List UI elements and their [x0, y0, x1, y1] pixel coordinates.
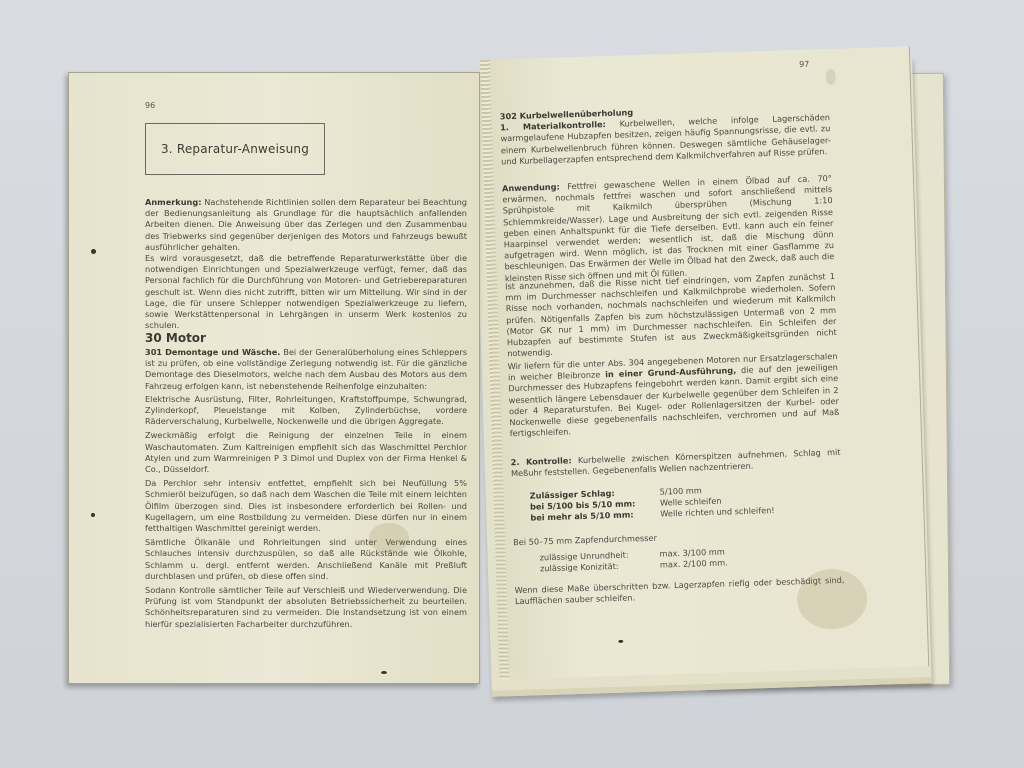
note-label: Anmerkung: — [145, 197, 202, 207]
disassembly-paragraph: 301 Demontage und Wäsche. Bei der Genera… — [145, 347, 467, 392]
motor-section: 30 Motor 301 Demontage und Wäsche. Bei d… — [145, 331, 467, 630]
stain — [796, 568, 868, 630]
page-number-left: 96 — [145, 101, 155, 110]
cracks-paragraph: Ist anzunehmen, daß die Risse nicht tief… — [505, 271, 837, 360]
disassembly-order: Elektrische Ausrüstung, Filter, Rohrleit… — [145, 394, 467, 428]
section-heading-motor: 30 Motor — [145, 331, 467, 345]
control-label: 2. Kontrolle: — [510, 455, 571, 467]
perchlor-paragraph: Da Perchlor sehr intensiv entfettet, emp… — [145, 478, 467, 534]
page-number-right: 97 — [799, 60, 809, 69]
section-title-box: 3. Reparatur-Anweisung — [145, 123, 325, 175]
runout-table: Zulässiger Schlag: 5/100 mm bei 5/100 bi… — [530, 480, 861, 523]
stain — [369, 523, 409, 553]
application-label: Anwendung: — [502, 182, 560, 194]
runout-value: Welle richten und schleifen! — [660, 505, 775, 520]
spot — [91, 513, 95, 517]
spot — [381, 671, 387, 674]
right-page: 97 302 Kurbelwellenüberholung 1. Materia… — [480, 46, 929, 679]
spot — [618, 640, 623, 643]
crankshaft-section: 302 Kurbelwellenüberholung 1. Materialko… — [500, 101, 832, 167]
open-book-photo: Tafel 7 bzw. 7a Tafel 8 Tafel 7 bzw. 7a … — [0, 0, 1024, 768]
journal-table: zulässige Unrundheit: max. 3/100 mm zulä… — [539, 542, 869, 573]
material-control-paragraph: 1. Materialkontrolle: Kurbelwellen, welc… — [500, 112, 831, 167]
supply-paragraph: Wir liefern für die unter Abs. 304 angeg… — [507, 351, 839, 440]
note-paragraph: Anmerkung: Nachstehende Richtlinien soll… — [145, 197, 467, 253]
journal-value: max. 2/100 mm. — [660, 557, 728, 570]
control-paragraph: 2. Kontrolle: Kurbelwelle zwischen Körne… — [510, 447, 841, 480]
application-paragraph: Anwendung: Fettfrei gewaschene Wellen in… — [502, 173, 835, 284]
cleaning-paragraph: Zweckmäßig erfolgt die Reinigung der ein… — [145, 430, 467, 475]
spot — [91, 249, 96, 254]
stain — [825, 69, 835, 85]
inspection-paragraph: Sodann Kontrolle sämtlicher Teile auf Ve… — [145, 585, 467, 630]
section-title: 3. Reparatur-Anweisung — [161, 142, 309, 156]
disassembly-label: 301 Demontage und Wäsche. — [145, 347, 280, 357]
intro-paragraph: Es wird vorausgesetzt, daß die betreffen… — [145, 253, 467, 331]
left-page: 96 3. Reparatur-Anweisung Anmerkung: Nac… — [68, 72, 480, 684]
closing-paragraph: Wenn diese Maße überschritten bzw. Lager… — [515, 575, 846, 608]
oil-channels-paragraph: Sämtliche Ölkanäle und Rohrleitungen sin… — [145, 537, 467, 582]
